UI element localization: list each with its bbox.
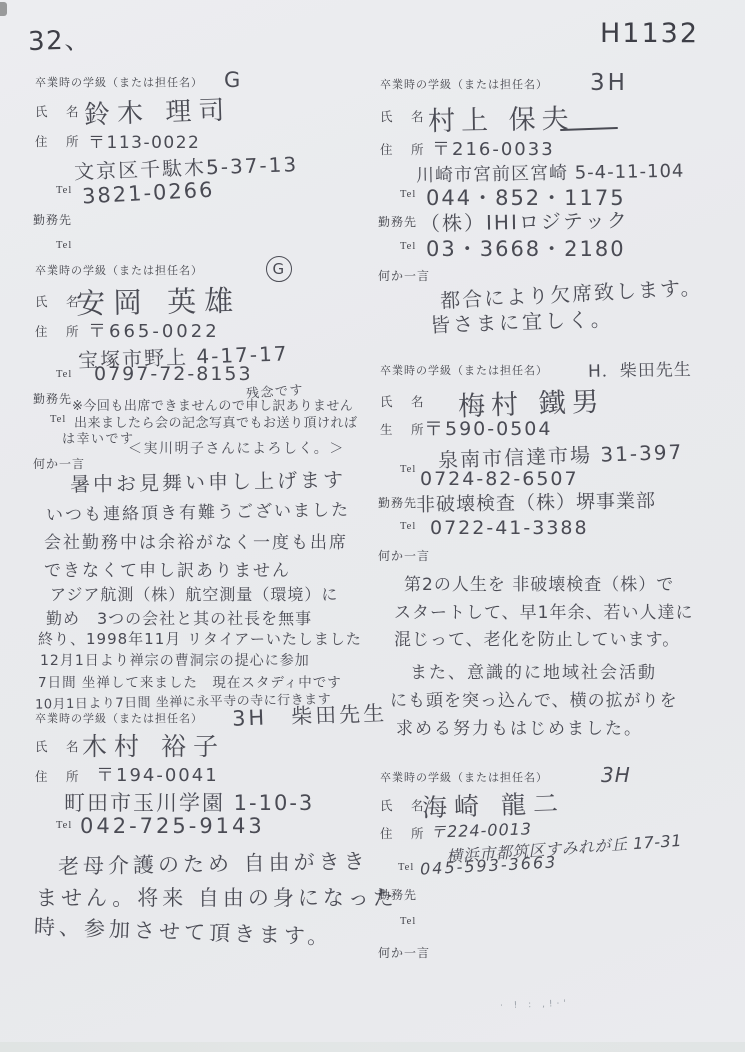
l2-name-value: 安岡 英雄 <box>76 279 242 323</box>
r2-comment-line3: 混じって、老化を防止しています。 <box>394 625 680 650</box>
l2-comment-line8: 12月1日より禅宗の曹洞宗の提心に参加 <box>40 650 310 670</box>
r1-comment-label: 何か一言 <box>378 267 430 284</box>
r1-work-tel-value: 03・3668・2180 <box>426 233 626 263</box>
r1-postal-value: 〒216-0033 <box>432 135 555 161</box>
l2-workplace-label: 勤務先 <box>33 390 72 407</box>
r2-name-label: 氏 名 <box>380 392 427 410</box>
r3-class-value: 3H <box>601 763 631 787</box>
r2-class-value: H．柴田先生 <box>588 355 692 382</box>
r1-tel-label: Tel <box>400 189 416 200</box>
r1-workplace-value: （株）IHIロジテック <box>420 204 629 237</box>
r2-work-tel-value: 0722-41-3388 <box>430 517 589 539</box>
scan-speckle-artifact: · ! : ,!·' <box>500 999 570 1011</box>
l1-tel-label: Tel <box>56 185 72 196</box>
l3-name-label: 氏 名 <box>35 737 82 755</box>
r3-comment-label: 何か一言 <box>378 944 430 961</box>
l2-name-label: 氏 名 <box>35 292 82 310</box>
l1-class-value: G <box>224 68 242 92</box>
l1-workplace-label: 勤務先 <box>33 211 72 228</box>
r2-comment-line5: にも頭を突っ込んで、横の拡がりを <box>390 686 678 711</box>
r1-class-value: 3H <box>590 70 628 96</box>
l2-comment-line6: 勤め 3つの会社と其の社長を無事 <box>46 606 312 629</box>
r1-name-label: 氏 名 <box>380 107 427 125</box>
r3-tel-value: 045-593-3663 <box>420 852 558 878</box>
r3-workplace-label: 勤務先 <box>378 886 417 903</box>
r2-comment-line6: 求める努力もはじめました。 <box>396 714 643 739</box>
r3-work-tel-label: Tel <box>400 916 416 927</box>
l1-work-tel-label: Tel <box>56 240 72 251</box>
l3-address-value: 町田市玉川学園 1-10-3 <box>64 787 314 817</box>
l1-address-label: 住 所 <box>35 132 82 150</box>
scan-edge-artifact <box>0 2 7 16</box>
l2-comment-line9: 7日間 坐禅して来ました 現在スタディ中です <box>38 671 342 691</box>
r2-work-tel-label: Tel <box>400 521 416 532</box>
l1-name-value: 鈴木 理司 <box>83 89 231 131</box>
r3-name-label: 氏 名 <box>380 796 427 814</box>
l3-class-label: 卒業時の学級（または担任名） <box>35 710 203 726</box>
l3-name-value: 木村 裕子 <box>82 727 225 763</box>
l2-comment-line3: 会社勤務中は余裕がなく一度も出席 <box>44 528 348 553</box>
l3-class-value: 3H 柴田先生 <box>232 697 388 732</box>
r2-workplace-value: 非破壊検査（株）堺事業部 <box>416 486 656 517</box>
l3-comment-line1: 老母介護のため 自由がきき <box>58 845 369 880</box>
l3-tel-value: 042-725-9143 <box>80 814 265 838</box>
l1-class-label: 卒業時の学級（または担任名） <box>35 74 203 90</box>
l3-comment-line3: 時、参加させて頂きます。 <box>34 911 333 951</box>
r3-class-label: 卒業時の学級（または担任名） <box>380 769 548 785</box>
r3-tel-label: Tel <box>398 862 414 873</box>
l2-circled-grade: G <box>266 256 292 282</box>
r2-comment-line2: スタートして、早1年余、若い人達に <box>394 598 693 623</box>
l1-name-label: 氏 名 <box>35 102 82 120</box>
r3-address-label: 住 所 <box>380 824 427 842</box>
r2-comment-line4: また、意識的に地域社会活動 <box>410 658 657 683</box>
l2-tel-value: 0797-72-8153 <box>94 363 253 385</box>
scanned-alumni-form-page: 32、 H1132 卒業時の学級（または担任名） G 氏 名 鈴木 理司 住 所… <box>0 0 745 1052</box>
l2-class-label: 卒業時の学級（または担任名） <box>35 262 203 278</box>
l3-address-label: 住 所 <box>35 767 82 785</box>
l2-tel-label: Tel <box>56 369 72 380</box>
r1-comment-line2: 皆さまに宜しく。 <box>430 303 615 338</box>
r2-address-label: 生 所 <box>380 420 427 438</box>
l2-comment-line4: できなくて申し訳ありません <box>44 556 291 581</box>
l2-work-tel-label: Tel <box>50 414 66 425</box>
r1-work-tel-label: Tel <box>400 241 416 252</box>
r1-name-value: 村上 保夫 <box>428 97 575 139</box>
r1-address-label: 住 所 <box>380 140 427 158</box>
l2-postal-value: 〒665-0022 <box>88 317 220 343</box>
r1-class-label: 卒業時の学級（または担任名） <box>380 76 548 92</box>
r2-workplace-label: 勤務先 <box>378 494 417 511</box>
l2-comment-line2: いつも連絡頂き有難うございました <box>46 495 350 525</box>
l3-tel-label: Tel <box>56 820 72 831</box>
l3-comment-line2: ません。将来 自由の身になった <box>36 882 398 912</box>
r2-comment-label: 何か一言 <box>378 547 430 564</box>
page-code: H1132 <box>600 18 699 49</box>
l2-comment-line1: 暑中お見舞い申し上げます <box>70 464 346 498</box>
l2-note-4: は幸いです <box>62 428 135 447</box>
l3-postal-value: 〒194-0041 <box>96 761 219 787</box>
r2-tel-label: Tel <box>400 464 416 475</box>
page-sheet-number: 32、 <box>27 19 92 58</box>
l2-note-5: ＜実川明子さんによろしく。＞ <box>128 438 345 458</box>
l2-comment-line7: 終り、1998年11月 リタイアーいたしました <box>38 628 362 649</box>
l2-address-label: 住 所 <box>35 322 82 340</box>
r2-postal-value: 〒590-0504 <box>424 414 552 441</box>
r2-comment-line1: 第2の人生を 非破壊検査（株）で <box>404 570 674 595</box>
r1-workplace-label: 勤務先 <box>378 213 417 230</box>
l1-postal-value: 〒113-0022 <box>88 128 200 153</box>
l2-comment-line5: アジア航測（株）航空測量（環境）に <box>50 582 338 605</box>
l2-class-value: G <box>266 256 292 282</box>
r2-class-label: 卒業時の学級（または担任名） <box>380 362 548 378</box>
